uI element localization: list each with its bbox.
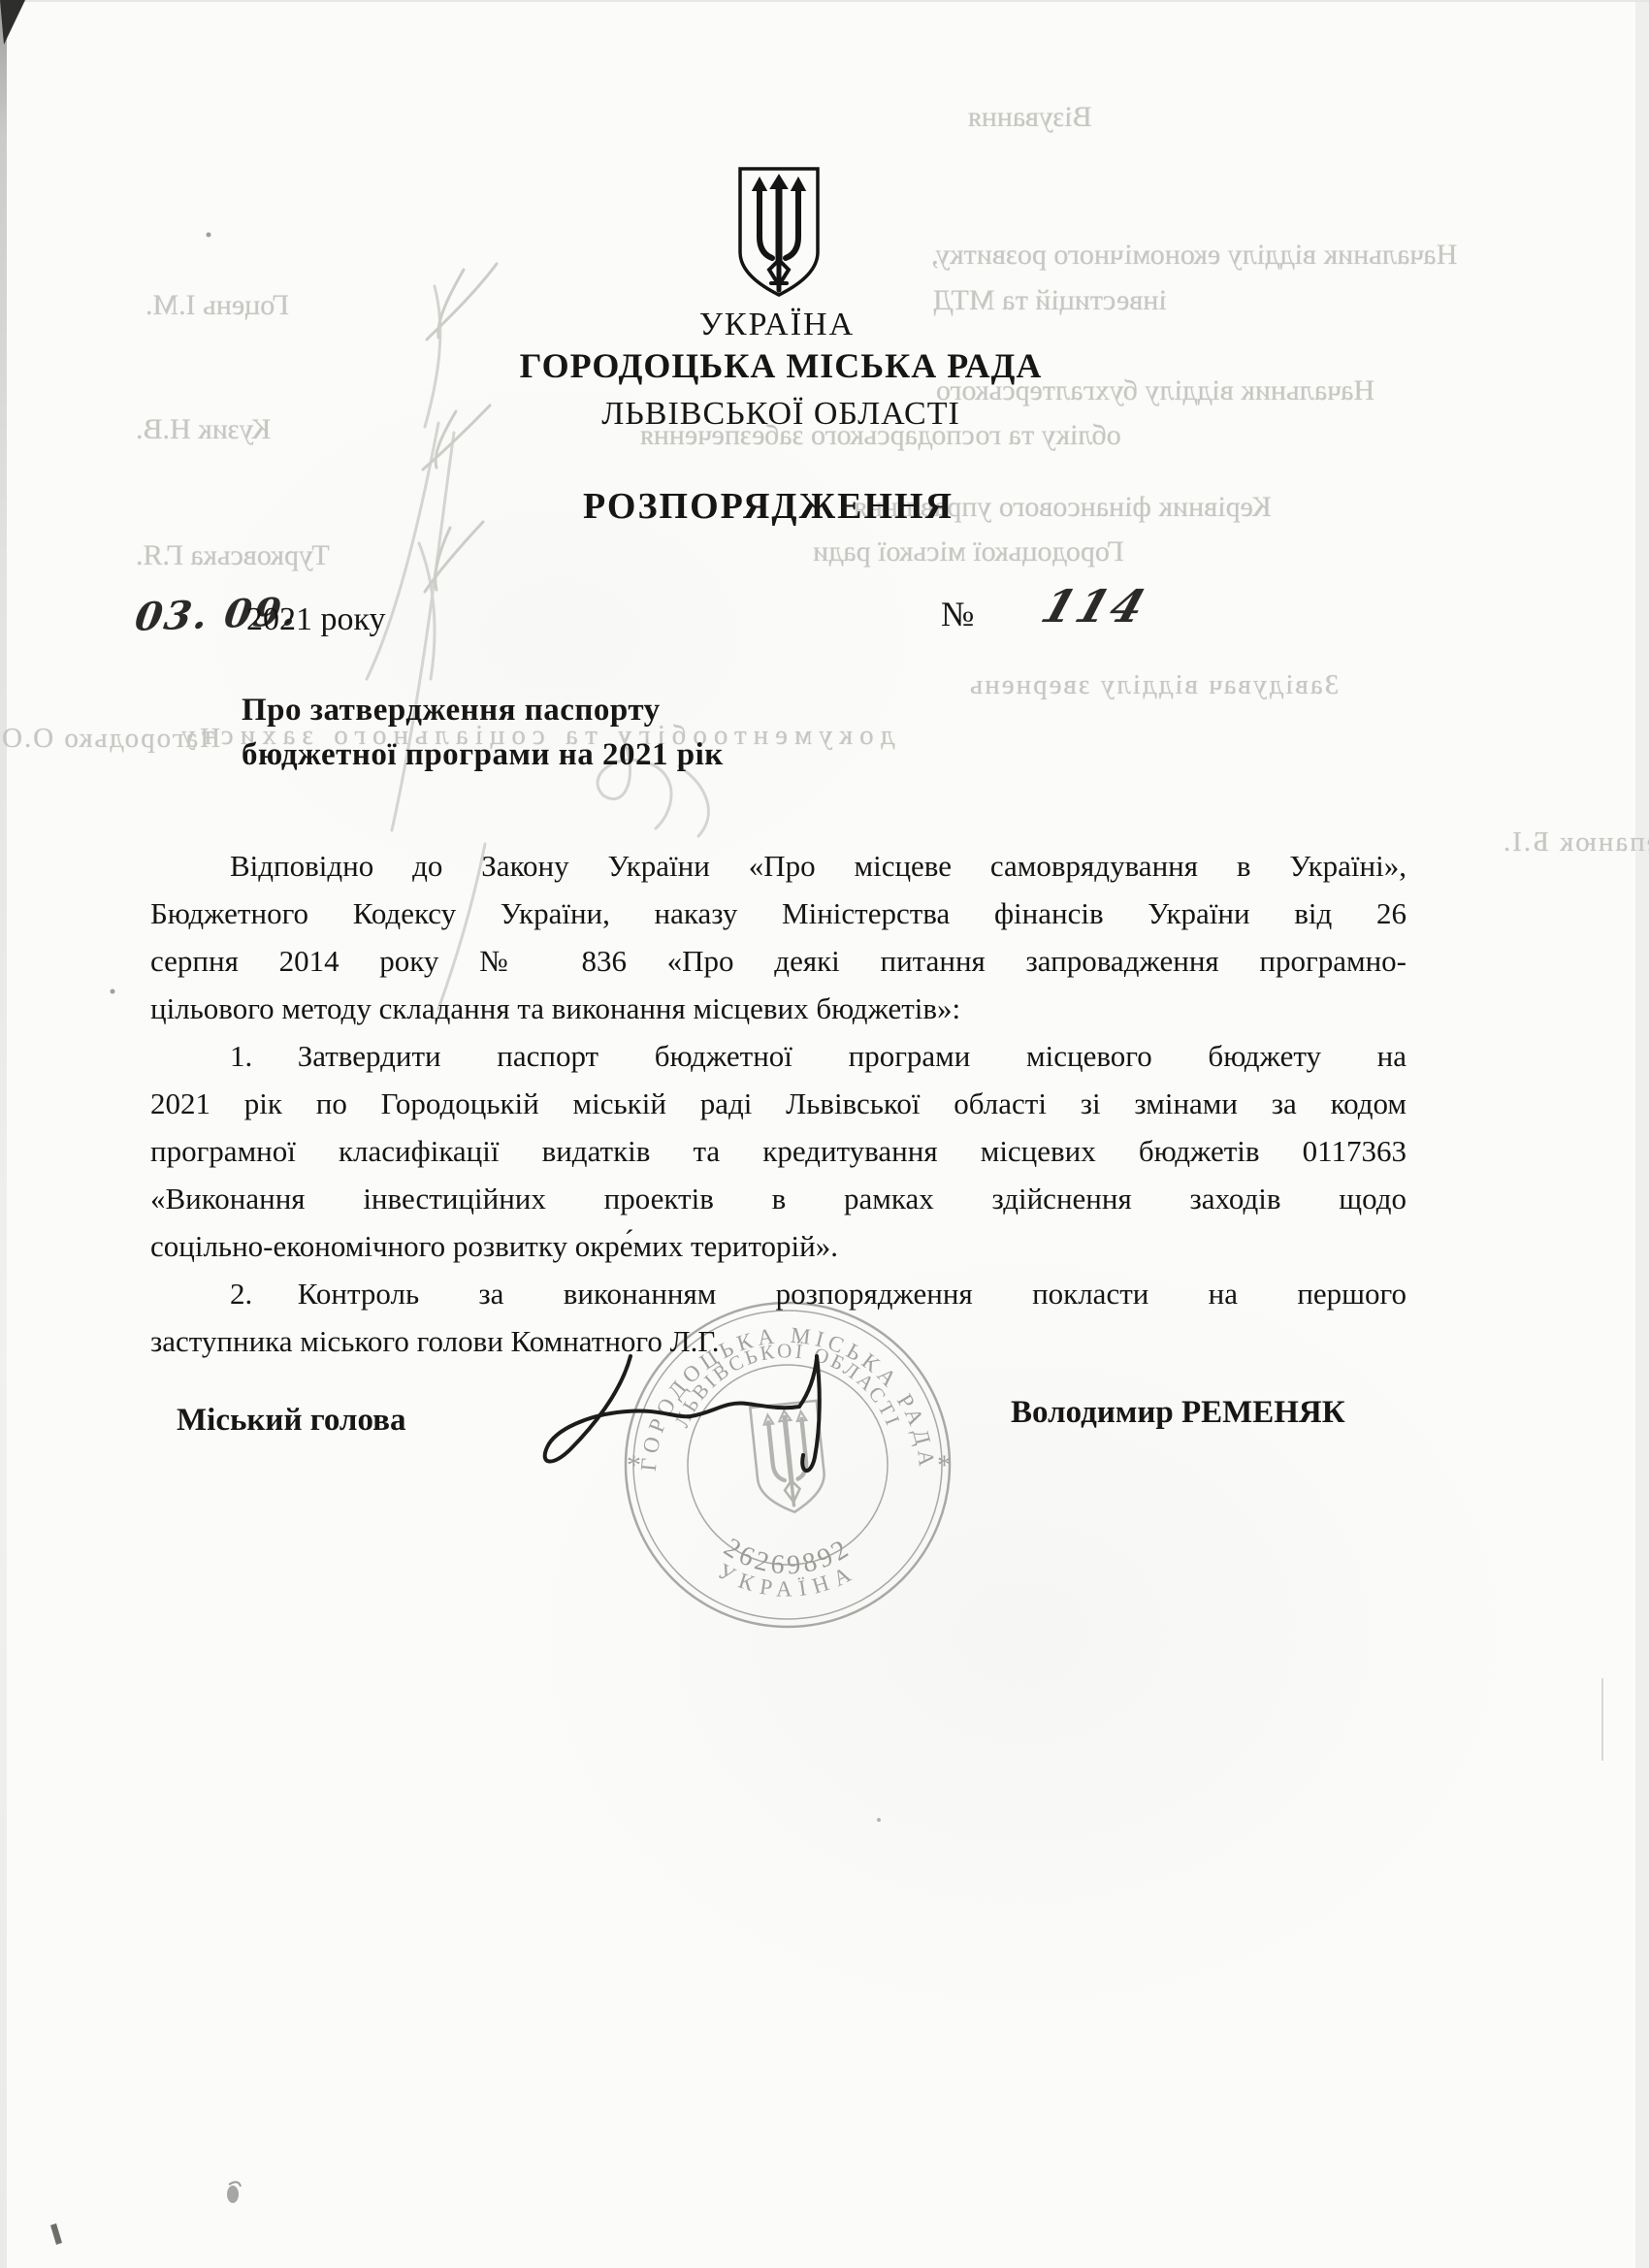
mayor-signature xyxy=(545,1356,820,1471)
overlay-artifacts xyxy=(0,0,1649,2268)
scanned-document-page: Візування Начальник відділу економічного… xyxy=(0,0,1649,2268)
scan-specks xyxy=(0,0,1602,2245)
